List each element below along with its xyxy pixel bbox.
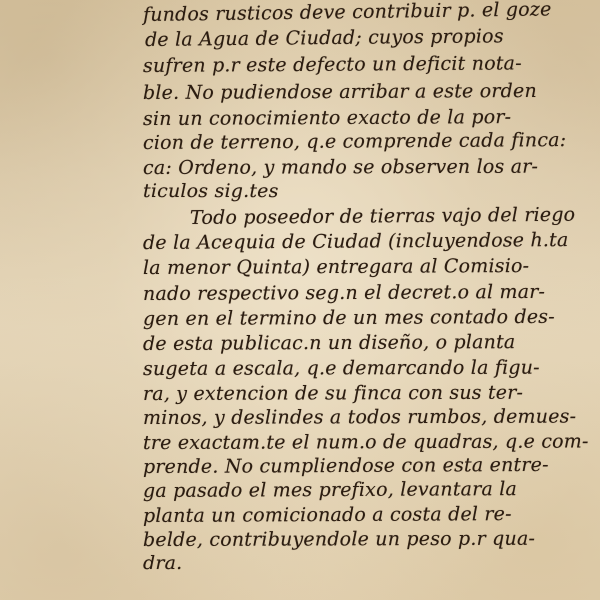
text-line: minos, y deslindes a todos rumbos, demue… — [143, 405, 576, 429]
manuscript-page: fundos rusticos deve contribuir p. el go… — [0, 0, 600, 600]
text-line: cion de terreno, q.e comprende cada finc… — [143, 129, 566, 154]
text-line: de esta publicac.n un diseño, o planta — [143, 331, 516, 355]
text-line: fundos rusticos deve contribuir p. el go… — [143, 0, 552, 26]
text-line: ra, y extencion de su finca con sus ter- — [143, 382, 523, 405]
text-line: planta un comicionado a costa del re- — [143, 503, 512, 527]
text-line: Todo poseedor de tierras vajo del riego — [190, 204, 575, 229]
text-line: tre exactam.te el num.o de quadras, q.e … — [143, 430, 589, 454]
text-line: belde, contribuyendole un peso p.r qua- — [143, 528, 535, 551]
text-line: sugeta a escala, q.e demarcando la figu- — [143, 357, 540, 380]
text-line: de la Agua de Ciudad; cuyos propios — [145, 25, 504, 51]
text-line: la menor Quinta) entregara al Comisio- — [143, 255, 529, 279]
text-line: prende. No cumpliendose con esta entre- — [143, 454, 549, 478]
text-line: ga pasado el mes prefixo, levantara la — [143, 478, 517, 502]
text-line: gen en el termino de un mes contado des- — [143, 306, 555, 330]
text-line: nado respectivo seg.n el decret.o al mar… — [143, 281, 545, 305]
text-line: dra. — [143, 552, 182, 574]
text-line: ticulos sig.tes — [143, 180, 279, 202]
text-line: sin un conocimiento exacto de la por- — [143, 106, 511, 130]
text-line: ca: Ordeno, y mando se observen los ar- — [143, 156, 538, 179]
text-line: ble. No pudiendose arribar a este orden — [143, 80, 537, 104]
text-line: sufren p.r este defecto un deficit nota- — [143, 52, 522, 77]
text-line: de la Acequia de Ciudad (incluyendose h.… — [143, 229, 569, 254]
